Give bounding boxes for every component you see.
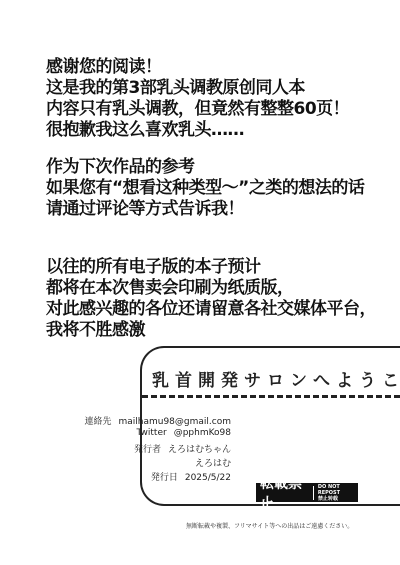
text-line: 如果您有“想看这种类型～”之类的想法的话 [46, 178, 364, 199]
publisher-row: 発行者えろはむちゃん [134, 442, 231, 455]
contact-label: 連絡先 [84, 417, 111, 427]
twitter-row: Twitter@pphmKo98 [137, 428, 231, 438]
badge-cn: 禁止转载 [318, 496, 358, 502]
text-line: 感谢您的阅读！ [46, 57, 349, 78]
print-notice-paragraph: 以往的所有电子版的本子预计 都将在本次售卖会印刷为纸质版， 对此感兴趣的各位还请… [46, 257, 376, 341]
publisher-value: えろはむちゃん [168, 445, 231, 455]
badge-main-text: 転載禁止 [256, 473, 309, 513]
twitter-value: @pphmKo98 [174, 428, 231, 438]
text-line: 这是我的第3部乳头调教原创同人本 [46, 78, 349, 99]
contact-value: mailhamu98@gmail.com [118, 417, 231, 427]
author-row: えろはむ [195, 456, 231, 469]
feedback-paragraph: 作为下次作品的参考 如果您有“想看这种类型～”之类的想法的话 请通过评论等方式告… [46, 157, 364, 220]
badge-separator [313, 486, 314, 500]
badge-en: DO NOT REPOST [318, 484, 358, 496]
badge-small-text: DO NOT REPOST 禁止转载 [318, 484, 358, 502]
date-label: 発行日 [151, 473, 178, 483]
thanks-paragraph: 感谢您的阅读！ 这是我的第3部乳头调教原创同人本 内容只有乳头调教，但竟然有整整… [46, 57, 349, 141]
author-value: えろはむ [195, 459, 231, 469]
text-line: 请通过评论等方式告诉我！ [46, 199, 364, 220]
text-line: 都将在本次售卖会印刷为纸质版， [46, 278, 376, 299]
text-line: 对此感兴趣的各位还请留意各社交媒体平台， [46, 299, 376, 320]
text-line: 我将不胜感激 [46, 320, 376, 341]
twitter-label: Twitter [137, 428, 167, 438]
dashed-divider [142, 395, 400, 398]
text-line: 内容只有乳头调教，但竟然有整整60页！ [46, 99, 349, 120]
date-row: 発行日2025/5/22 [151, 470, 231, 483]
date-value: 2025/5/22 [185, 473, 231, 483]
footer-notice: 無断転載や複製、フリマサイト等への出品はご遠慮ください。 [186, 521, 353, 530]
colophon-title: 乳首開発サロンへようこそ [152, 366, 400, 391]
text-line: 以往的所有电子版的本子预计 [46, 257, 376, 278]
contact-row: 連絡先mailhamu98@gmail.com [84, 414, 231, 427]
text-line: 很抱歉我这么喜欢乳头…… [46, 120, 349, 141]
text-line: 作为下次作品的参考 [46, 157, 364, 178]
no-repost-badge: 転載禁止 DO NOT REPOST 禁止转载 [256, 483, 358, 502]
publisher-label: 発行者 [134, 445, 161, 455]
